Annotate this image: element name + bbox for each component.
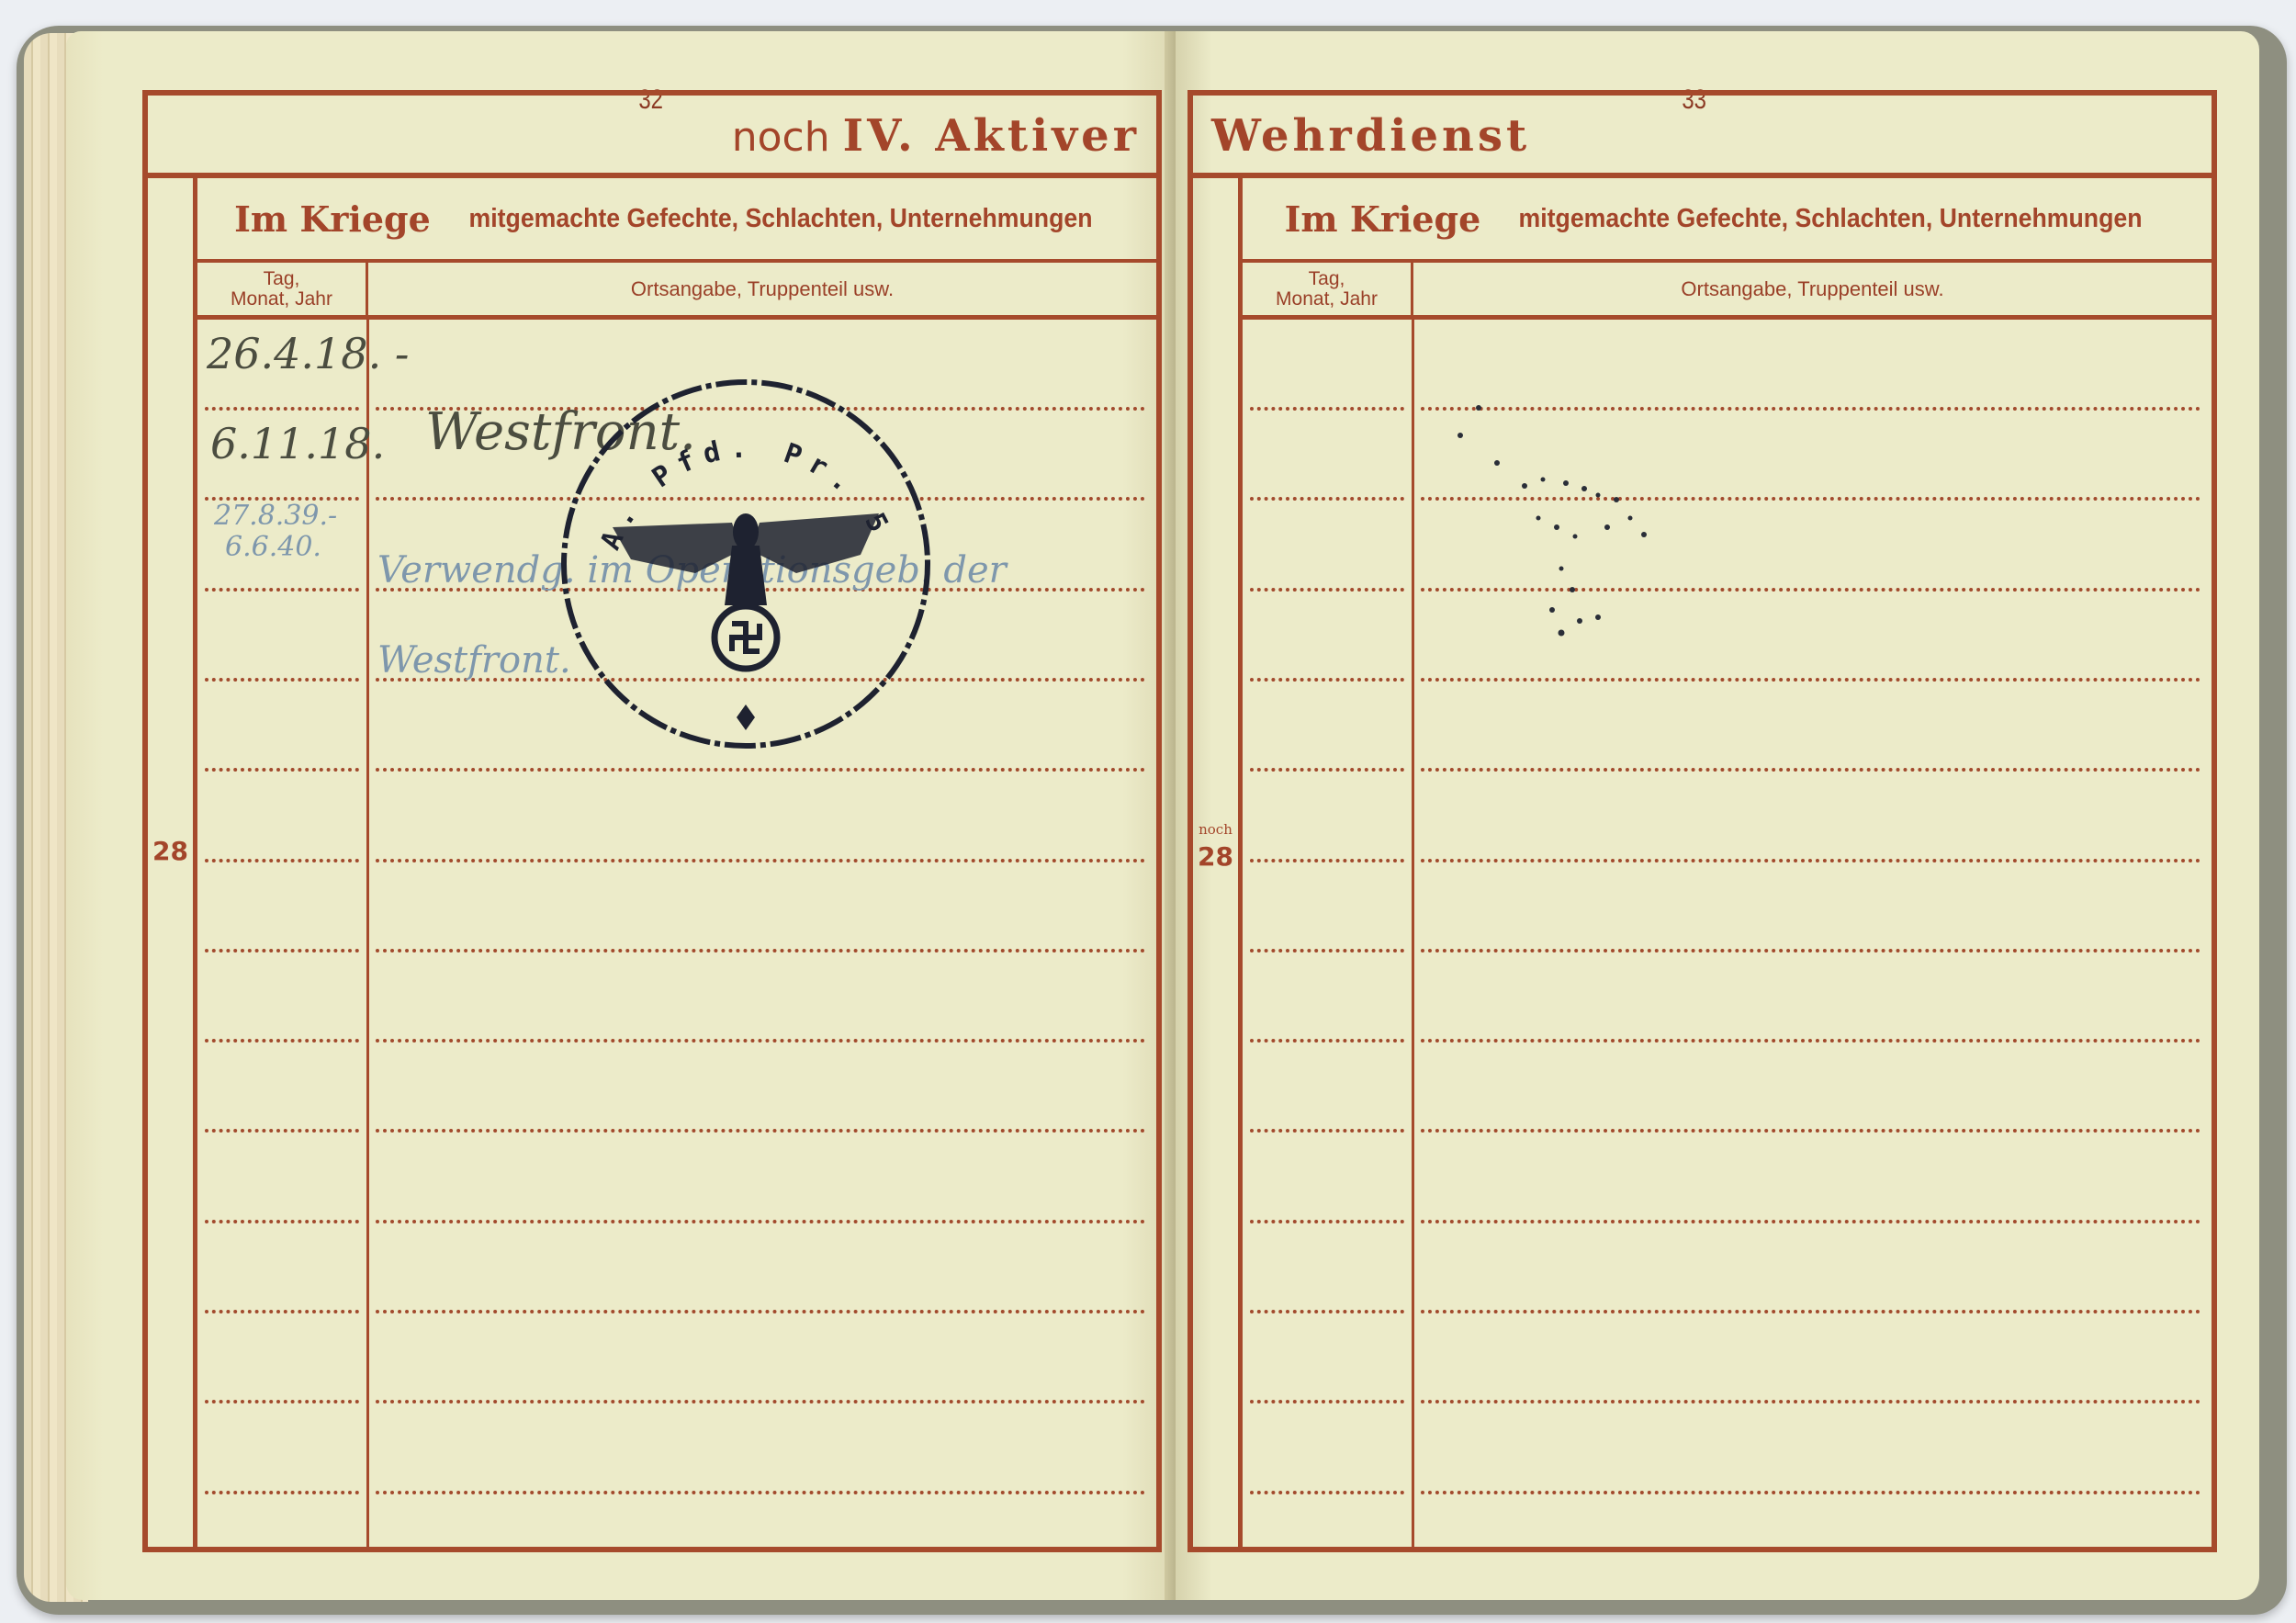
dotted-rule	[205, 1039, 359, 1043]
entry-1-date-from: 26.4.18. -	[207, 329, 409, 378]
dotted-rule	[1250, 497, 1404, 501]
dotted-rule	[1250, 768, 1404, 772]
column-headers: Tag, Monat, Jahr Ortsangabe, Truppenteil…	[197, 263, 1156, 320]
dotted-rule	[1421, 949, 2200, 952]
section-heading-bold: Im Kriege	[1285, 198, 1481, 240]
dotted-rule	[1250, 949, 1404, 952]
column-divider	[1412, 320, 1414, 1547]
dotted-rule	[205, 1220, 359, 1223]
dotted-rule	[1250, 1491, 1404, 1494]
section-heading-rest: mitgemachte Gefechte, Schlachten, Untern…	[468, 204, 1092, 234]
title-band: Wehrdienst	[1193, 96, 2212, 178]
dotted-rule	[376, 949, 1145, 952]
column-header-place: Ortsangabe, Truppenteil usw.	[368, 263, 1156, 315]
official-stamp: A. Pfd. Pr. 590	[557, 376, 934, 752]
dotted-rule	[376, 859, 1145, 862]
dotted-rule	[376, 1310, 1145, 1313]
section-heading-rest: mitgemachte Gefechte, Schlachten, Untern…	[1519, 204, 2143, 234]
dotted-rule	[205, 859, 359, 862]
page-title: Wehrdienst	[1211, 110, 1530, 162]
column-header-date: Tag, Monat, Jahr	[1243, 263, 1413, 315]
section-number-column: 28	[148, 178, 197, 1547]
entry-2-date-to: 6.6.40.	[225, 531, 321, 563]
dotted-rule	[205, 678, 359, 682]
dotted-rule	[1250, 1400, 1404, 1403]
dotted-rule	[1421, 859, 2200, 862]
dotted-rule	[1250, 588, 1404, 592]
dotted-rule	[1250, 1220, 1404, 1223]
dotted-rule	[205, 1310, 359, 1313]
dotted-rule	[1250, 1039, 1404, 1043]
section-number: 28	[148, 836, 193, 866]
dotted-rule	[1421, 678, 2200, 682]
title-band: nochIV. Aktiver	[148, 96, 1156, 178]
dotted-rule	[376, 1400, 1145, 1403]
section-number: 28	[1193, 841, 1238, 872]
dotted-rule	[376, 1491, 1145, 1494]
date-header-line1: Tag,	[1309, 269, 1345, 289]
dotted-rule	[376, 1220, 1145, 1223]
section-heading: Im Kriege mitgemachte Gefechte, Schlacht…	[1243, 178, 2212, 263]
column-headers: Tag, Monat, Jahr Ortsangabe, Truppenteil…	[1243, 263, 2212, 320]
column-divider	[366, 320, 369, 1547]
page-title: nochIV. Aktiver	[732, 110, 1140, 162]
column-header-place: Ortsangabe, Truppenteil usw.	[1413, 263, 2212, 315]
dotted-rule	[205, 1129, 359, 1133]
left-page: 32 nochIV. Aktiver 28 Im Kriege mitgemac…	[66, 31, 1176, 1600]
date-header-line2: Monat, Jahr	[1276, 289, 1378, 310]
dotted-rule	[205, 1491, 359, 1494]
dotted-rule	[205, 407, 359, 411]
form-frame: nochIV. Aktiver 28 Im Kriege mitgemachte…	[142, 90, 1162, 1552]
title-prefix: noch	[732, 114, 830, 161]
dotted-rule	[376, 768, 1145, 772]
dotted-rule	[1421, 1129, 2200, 1133]
eagle-emblem-icon	[613, 513, 879, 730]
dotted-rule	[1250, 1129, 1404, 1133]
dotted-rule	[1421, 768, 2200, 772]
dotted-rule	[1421, 1310, 2200, 1313]
dotted-rule	[1250, 859, 1404, 862]
form-frame: Wehrdienst noch 28 Im Kriege mitgemachte…	[1187, 90, 2217, 1552]
dotted-rule	[205, 949, 359, 952]
dotted-rule	[205, 768, 359, 772]
dotted-rule	[205, 588, 359, 592]
date-header-line2: Monat, Jahr	[231, 289, 332, 310]
dotted-rule	[376, 1129, 1145, 1133]
dotted-rule	[1421, 1400, 2200, 1403]
dotted-rule	[1421, 1039, 2200, 1043]
dotted-rule	[1421, 1491, 2200, 1494]
right-page: 33 Wehrdienst noch 28 Im Kriege mitgemac…	[1176, 31, 2259, 1600]
date-header-line1: Tag,	[264, 269, 300, 289]
entries-table	[1243, 320, 2212, 1547]
section-heading-bold: Im Kriege	[234, 198, 431, 240]
entry-1-date-to: 6.11.18.	[210, 419, 385, 468]
entry-2-date-from: 27.8.39.-	[214, 500, 337, 532]
dotted-rule	[1250, 678, 1404, 682]
stamp-offset-marks	[1424, 380, 1699, 656]
section-number-prefix: noch	[1193, 821, 1238, 838]
section-number-column: noch 28	[1193, 178, 1243, 1547]
dotted-rule	[1421, 1220, 2200, 1223]
section-heading: Im Kriege mitgemachte Gefechte, Schlacht…	[197, 178, 1156, 263]
title-text: IV. Aktiver	[843, 110, 1140, 162]
dotted-rule	[1250, 407, 1404, 411]
entry-2-place-line2: Westfront.	[377, 639, 571, 682]
dotted-rule	[1250, 1310, 1404, 1313]
dotted-rule	[376, 1039, 1145, 1043]
dotted-rule	[205, 1400, 359, 1403]
column-header-date: Tag, Monat, Jahr	[197, 263, 368, 315]
